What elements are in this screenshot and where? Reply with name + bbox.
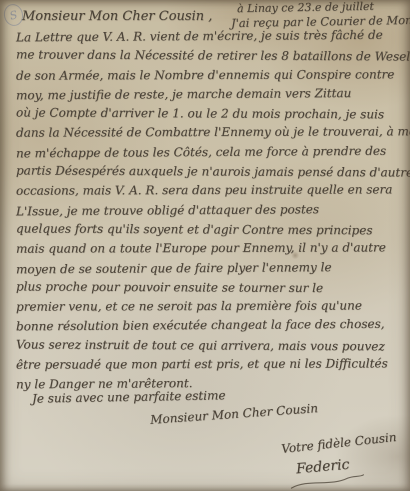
letter-line: Vous serez instruit de tout ce qui arriv…	[16, 335, 410, 356]
letter-body: La Lettre que V. A. R. vient de m'écrire…	[16, 27, 410, 394]
valediction: Je suis avec une parfaite estime	[32, 388, 226, 405]
letter-line: me trouver dans la Nécessité de retirer …	[16, 46, 410, 67]
closing-address: Monsieur Mon Cher Cousin	[150, 401, 319, 427]
letter-line: bonne résolution bien exécutée changeat …	[16, 315, 410, 337]
letter-line: ne m'échappe de tous les Côtés, cela me …	[16, 141, 410, 163]
letter-line: occasions, mais V. A. R. sera dans peu i…	[16, 181, 410, 202]
manuscript-scan: S Monsieur Mon Cher Cousin , à Linay ce …	[0, 0, 410, 491]
letter-line: L'Issue, je me trouve obligé d'attaquer …	[16, 199, 410, 221]
letter-line: moyen de se soutenir que de faire plyer …	[16, 257, 410, 279]
letter-line: moy, me justifie de reste, je marche dem…	[16, 84, 410, 106]
letter-line: La Lettre que V. A. R. vient de m'écrire…	[16, 26, 410, 48]
letter-line: plus proche pour pouvoir ensuite se tour…	[16, 277, 410, 298]
salutation: Monsieur Mon Cher Cousin ,	[22, 9, 212, 24]
letter-line: être persuadé que mon parti est pris, et…	[16, 354, 410, 375]
signoff-line: Votre fidèle Cousin	[281, 430, 398, 456]
date-line: à Linay ce 23.e de juillet	[237, 0, 374, 15]
letter-line: dans la Nécessité de Combattre l'Ennemy …	[16, 123, 410, 144]
letter-line: mais quand on a toute l'Europe pour Enne…	[16, 239, 410, 260]
letter-line: de son Armée, mais le Nombre d'ennemis q…	[16, 65, 410, 86]
